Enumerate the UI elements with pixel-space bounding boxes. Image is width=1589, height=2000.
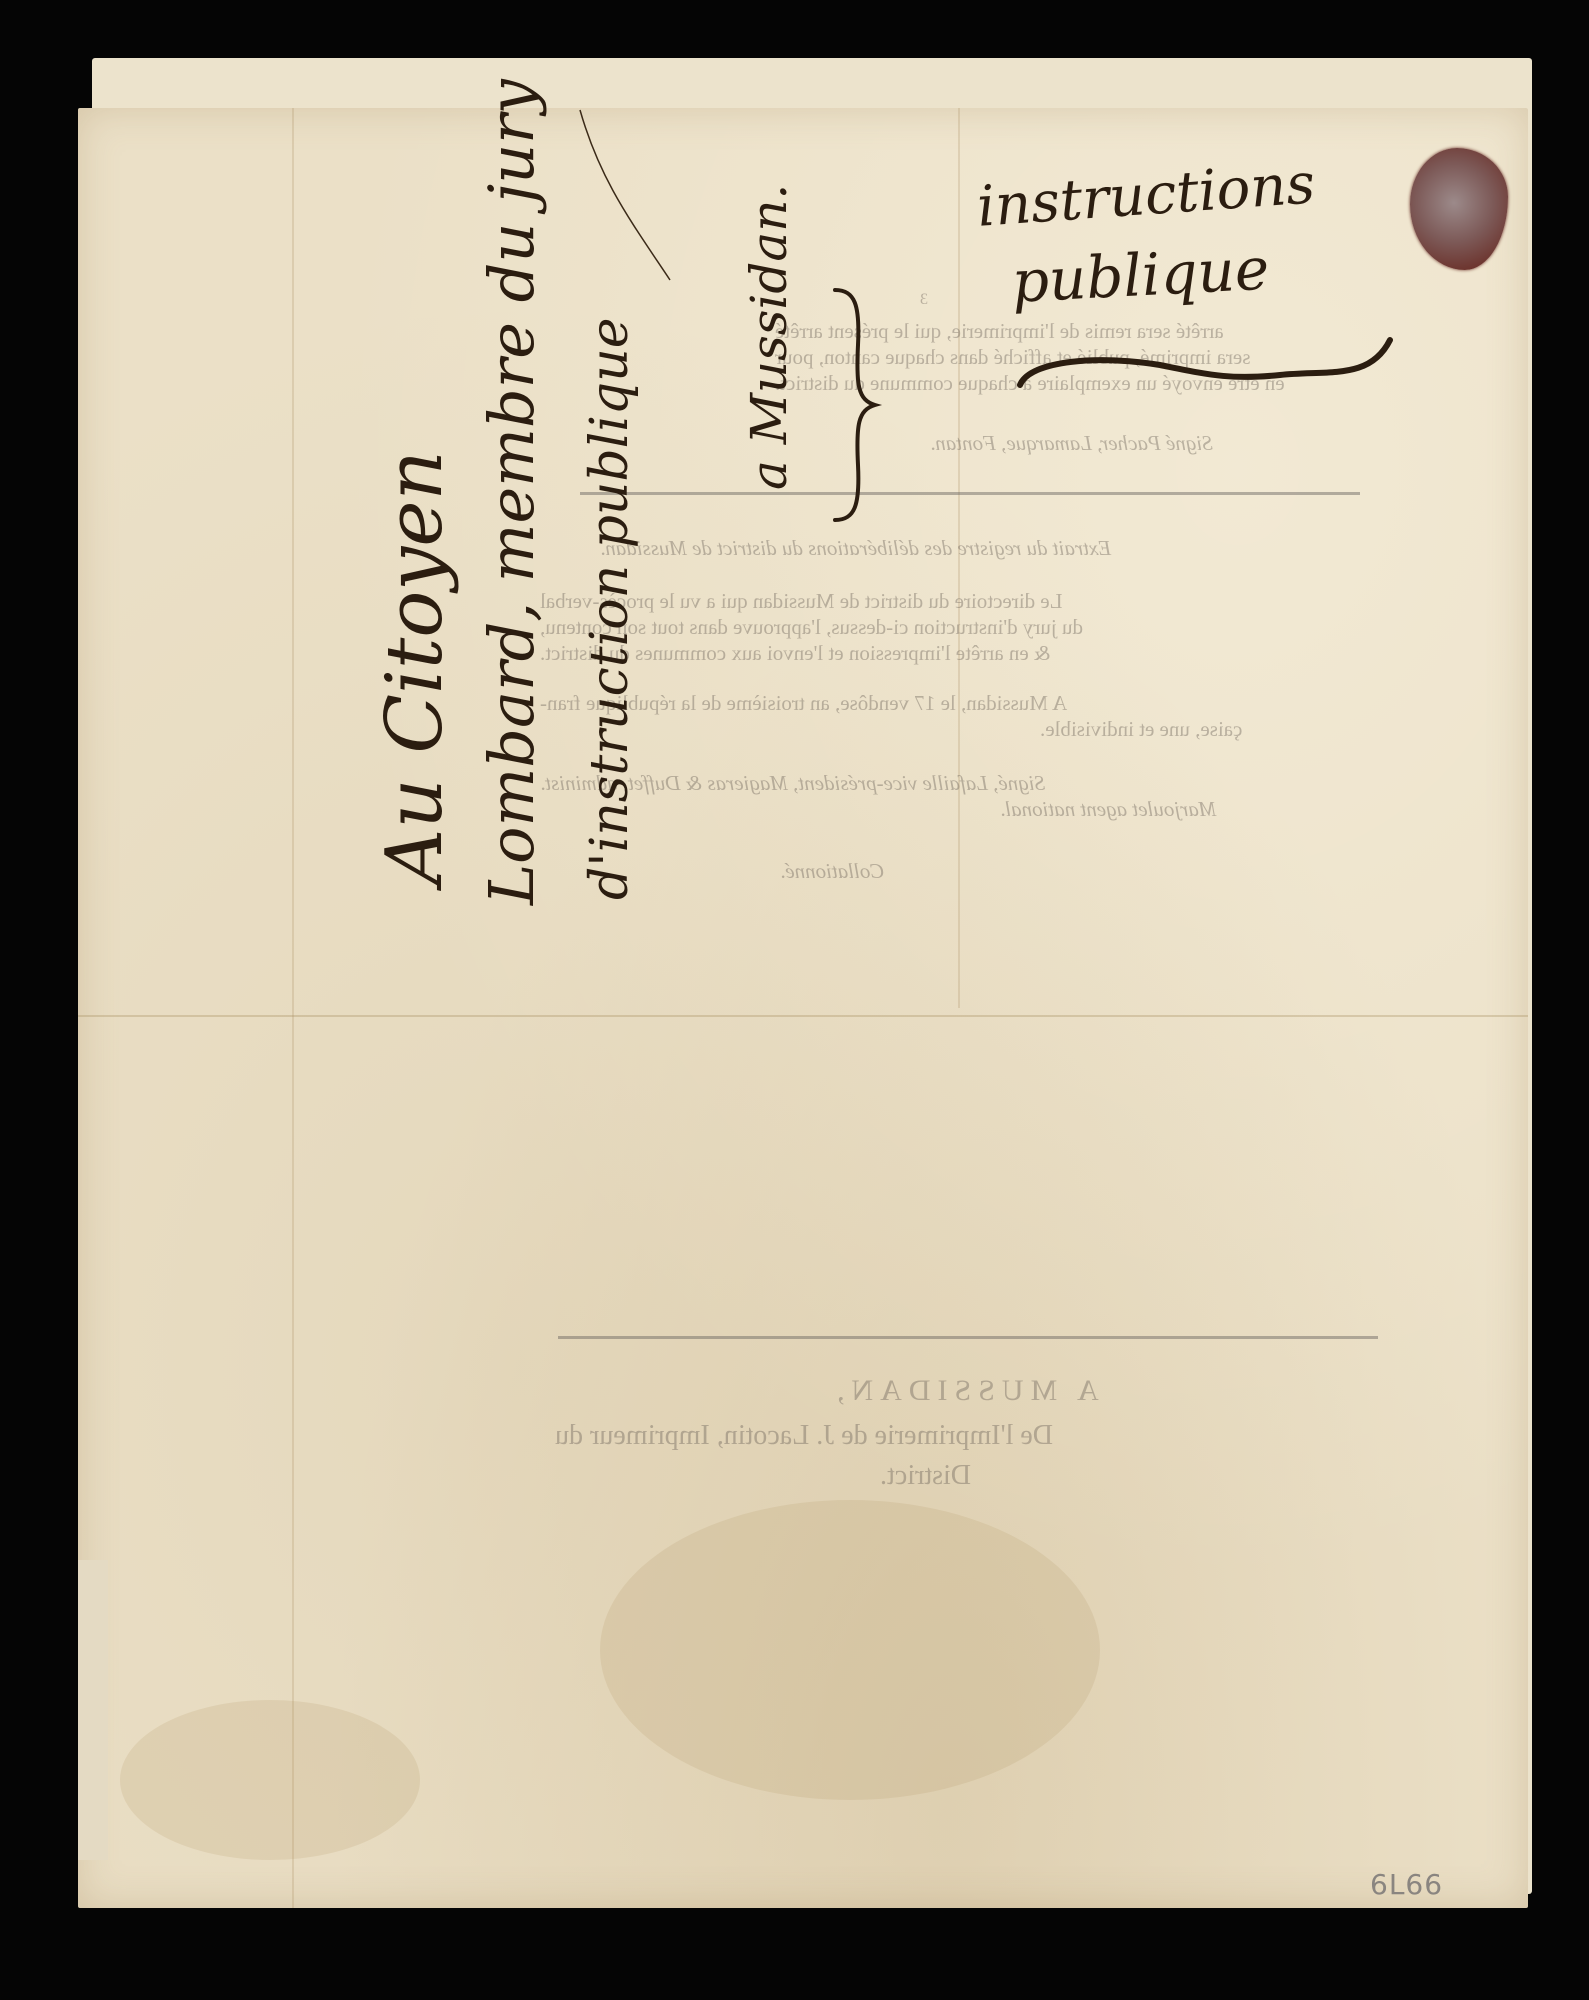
paper-stain: [600, 1500, 1100, 1800]
bleed-page-number: 3: [920, 290, 928, 310]
bleed-date-line-2: çaise, une et indivisible.: [1040, 716, 1242, 742]
bleed-rule-imprint: [558, 1336, 1378, 1339]
bleed-rule-top: [580, 492, 1360, 495]
address-flourish-arc: [560, 100, 680, 300]
address-brace: [830, 285, 890, 525]
handwritten-address-line-4: a Mussidan.: [740, 184, 798, 490]
bleed-imprint-printer-1: De l'Imprimerie de J. Lacotin, Imprimeur…: [555, 1418, 1053, 1453]
torn-edge-flap: [78, 1560, 108, 1860]
vertical-fold-left: [292, 108, 294, 1908]
bleed-top-signatures: Signé Pacher, Lamarque, Fontan.: [930, 430, 1213, 456]
handwritten-address-line-3: d'instruction publique: [580, 318, 640, 901]
catalog-mark: 6L66: [1370, 1868, 1443, 1901]
bleed-collation: Collationné.: [780, 858, 884, 884]
bleed-extract-heading: Extrait du registre des délibérations du…: [600, 535, 1111, 561]
handwritten-subject-line-2: publique: [1010, 235, 1271, 316]
handwritten-address-line-1: Au Citoyen: [370, 450, 460, 885]
horizontal-fold: [78, 1015, 1528, 1017]
bleed-imprint-city: A MUSSIDAN,: [830, 1372, 1099, 1410]
paper-stain: [120, 1700, 420, 1860]
handwritten-address-line-2: Lombard, membre du jury: [475, 79, 548, 905]
bleed-signed-line-2: Marjoulet agent national.: [1000, 796, 1216, 822]
subject-flourish: [1010, 335, 1410, 395]
bleed-imprint-printer-2: District.: [880, 1458, 971, 1493]
